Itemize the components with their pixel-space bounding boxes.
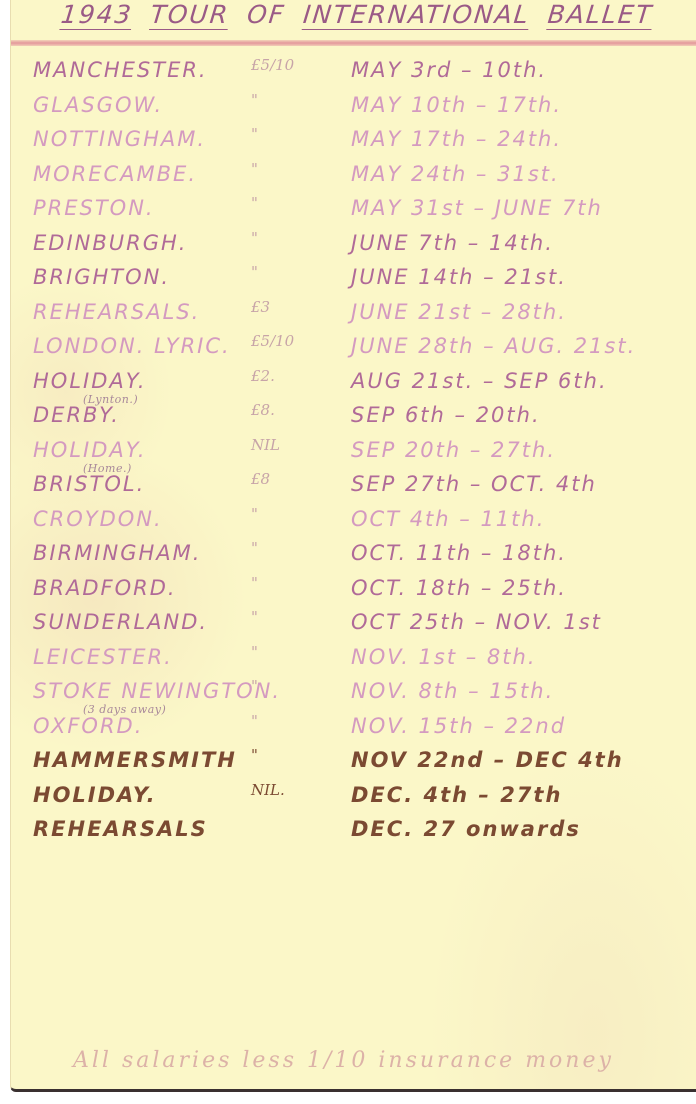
date-range: MAY 24th – 31st. [351, 162, 560, 186]
schedule-row: CROYDON."OCT 4th – 11th. [33, 503, 696, 538]
venue-name: HOLIDAY. [33, 369, 147, 393]
tour-schedule-card: 1943TOUROFINTERNATIONALBALLET MANCHESTER… [10, 0, 696, 1092]
venue-name: REHEARSALS [33, 817, 208, 841]
schedule-row: HOLIDAY.(Home.)NILSEP 20th – 27th. [33, 434, 696, 469]
title-word: OF [246, 0, 287, 29]
salary-amount: £8 [251, 470, 270, 488]
salary-amount: " [251, 608, 258, 626]
salary-amount: " [251, 539, 258, 557]
salary-amount: " [251, 677, 258, 695]
venue-name: SUNDERLAND. [33, 610, 208, 634]
venue-name: BRIGHTON. [33, 265, 170, 289]
title-word: TOUR [149, 0, 231, 29]
venue-name: OXFORD. [33, 714, 143, 738]
date-range: NOV 22nd – DEC 4th [351, 748, 624, 772]
date-range: NOV. 15th – 22nd [351, 714, 566, 738]
schedule-row: OXFORD."NOV. 15th – 22nd [33, 710, 696, 745]
schedule-row: MANCHESTER.£5/10MAY 3rd – 10th. [33, 54, 696, 89]
venue-name: LEICESTER. [33, 645, 173, 669]
schedule-row: GLASGOW."MAY 10th – 17th. [33, 89, 696, 124]
date-range: SEP 27th – OCT. 4th [351, 472, 597, 496]
date-range: SEP 6th – 20th. [351, 403, 541, 427]
salary-amount: " [251, 574, 258, 592]
title-word: BALLET [546, 0, 654, 29]
salary-amount: " [251, 263, 258, 281]
schedule-row: REHEARSALSDEC. 27 onwards [33, 813, 696, 848]
schedule-row: PRESTON."MAY 31st – JUNE 7th [33, 192, 696, 227]
schedule-row: BRADFORD."OCT. 18th – 25th. [33, 572, 696, 607]
schedule-row: LONDON. LYRIC.£5/10JUNE 28th – AUG. 21st… [33, 330, 696, 365]
date-range: MAY 10th – 17th. [351, 93, 562, 117]
date-range: DEC. 27 onwards [351, 817, 581, 841]
salary-amount: " [251, 746, 258, 764]
date-range: SEP 20th – 27th. [351, 438, 556, 462]
salary-amount: £5/10 [251, 332, 294, 350]
venue-name: HAMMERSMITH [33, 748, 237, 772]
date-range: MAY 3rd – 10th. [351, 58, 547, 82]
schedule-row: BRISTOL.£8SEP 27th – OCT. 4th [33, 468, 696, 503]
venue-name: BRADFORD. [33, 576, 177, 600]
title-year: 1943 [59, 0, 134, 29]
date-range: AUG 21st. – SEP 6th. [351, 369, 608, 393]
venue-name: NOTTINGHAM. [33, 127, 206, 151]
salary-amount: " [251, 643, 258, 661]
date-range: OCT. 11th – 18th. [351, 541, 567, 565]
schedule-row: HOLIDAY.NIL.DEC. 4th – 27th [33, 779, 696, 814]
salary-amount: " [251, 194, 258, 212]
date-range: NOV. 8th – 15th. [351, 679, 554, 703]
schedule-row: REHEARSALS.£3JUNE 21st – 28th. [33, 296, 696, 331]
venue-name: REHEARSALS. [33, 300, 200, 324]
venue-name: HOLIDAY. [33, 783, 157, 807]
salary-amount: NIL. [251, 781, 285, 799]
schedule-row: LEICESTER."NOV. 1st – 8th. [33, 641, 696, 676]
salary-amount: " [251, 712, 258, 730]
date-range: OCT. 18th – 25th. [351, 576, 567, 600]
schedule-row: STOKE NEWINGTON.(3 days away)"NOV. 8th –… [33, 675, 696, 710]
date-range: MAY 17th – 24th. [351, 127, 562, 151]
date-range: JUNE 28th – AUG. 21st. [351, 334, 636, 358]
title-word: INTERNATIONAL [302, 0, 532, 29]
venue-name: HOLIDAY. [33, 438, 147, 462]
schedule-row: HAMMERSMITH"NOV 22nd – DEC 4th [33, 744, 696, 779]
venue-name: MORECAMBE. [33, 162, 197, 186]
salary-amount: " [251, 505, 258, 523]
salary-amount: £2. [251, 367, 275, 385]
date-range: DEC. 4th – 27th [351, 783, 562, 807]
footer-note: All salaries less 1/10 insurance money [73, 1048, 614, 1073]
date-range: OCT 4th – 11th. [351, 507, 545, 531]
salary-amount: £8. [251, 401, 275, 419]
venue-name: PRESTON. [33, 196, 155, 220]
salary-amount: NIL [251, 436, 280, 454]
schedule-list: MANCHESTER.£5/10MAY 3rd – 10th.GLASGOW."… [33, 54, 696, 848]
date-range: MAY 31st – JUNE 7th [351, 196, 603, 220]
venue-name: BRISTOL. [33, 472, 145, 496]
date-range: OCT 25th – NOV. 1st [351, 610, 602, 634]
salary-amount: £3 [251, 298, 270, 316]
venue-name: BIRMINGHAM. [33, 541, 201, 565]
schedule-row: EDINBURGH."JUNE 7th – 14th. [33, 227, 696, 262]
schedule-row: BIRMINGHAM."OCT. 11th – 18th. [33, 537, 696, 572]
venue-name: DERBY. [33, 403, 120, 427]
schedule-row: SUNDERLAND."OCT 25th – NOV. 1st [33, 606, 696, 641]
schedule-row: NOTTINGHAM."MAY 17th – 24th. [33, 123, 696, 158]
title-divider [11, 40, 696, 46]
salary-amount: " [251, 160, 258, 178]
salary-amount: " [251, 125, 258, 143]
date-range: JUNE 21st – 28th. [351, 300, 567, 324]
salary-amount: " [251, 91, 258, 109]
date-range: JUNE 7th – 14th. [351, 231, 554, 255]
venue-name: CROYDON. [33, 507, 163, 531]
schedule-row: MORECAMBE."MAY 24th – 31st. [33, 158, 696, 193]
venue-name: GLASGOW. [33, 93, 163, 117]
date-range: JUNE 14th – 21st. [351, 265, 567, 289]
document-title: 1943TOUROFINTERNATIONALBALLET [59, 0, 672, 29]
schedule-row: BRIGHTON."JUNE 14th – 21st. [33, 261, 696, 296]
venue-name: STOKE NEWINGTON. [33, 679, 281, 703]
schedule-row: HOLIDAY.(Lynton.)£2.AUG 21st. – SEP 6th. [33, 365, 696, 400]
salary-amount: £5/10 [251, 56, 294, 74]
venue-name: LONDON. LYRIC. [33, 334, 231, 358]
date-range: NOV. 1st – 8th. [351, 645, 537, 669]
venue-name: MANCHESTER. [33, 58, 208, 82]
venue-name: EDINBURGH. [33, 231, 187, 255]
salary-amount: " [251, 229, 258, 247]
schedule-row: DERBY.£8.SEP 6th – 20th. [33, 399, 696, 434]
